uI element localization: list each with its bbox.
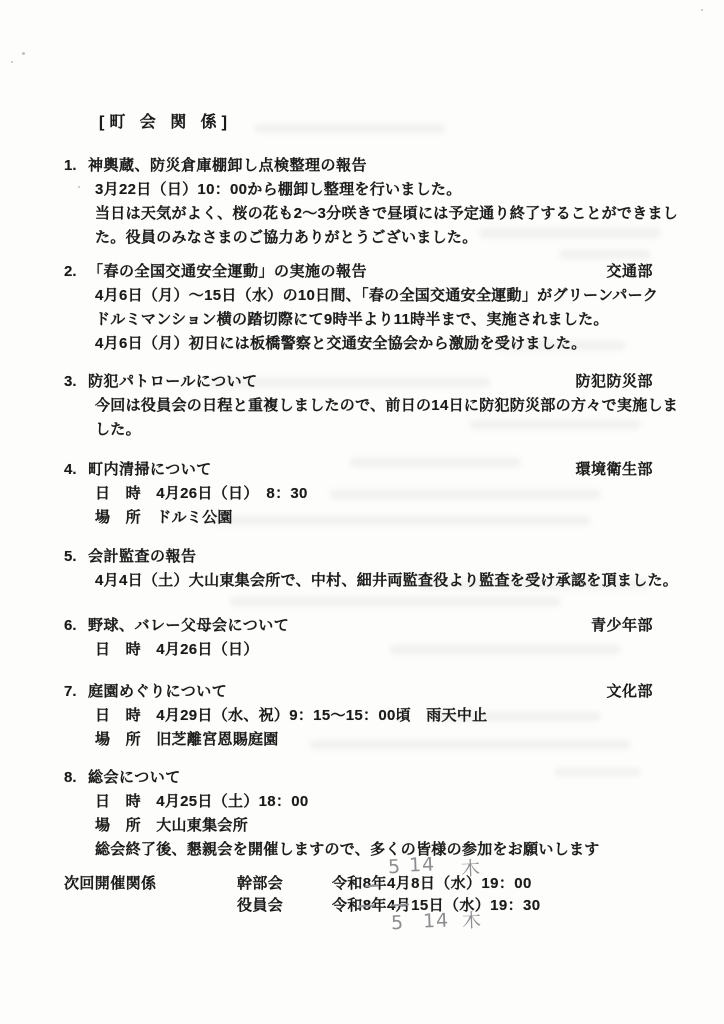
item-title: 総会について <box>88 766 653 790</box>
handwritten-note: 14 <box>423 910 450 933</box>
item-number: 7. <box>64 680 88 704</box>
item-number: 3. <box>64 370 88 394</box>
agenda-item-8: 8. 総会について 日 時 4月25日（土）18：00 場 所 大山東集会所 総… <box>64 766 665 862</box>
next-meeting-label-spacer <box>64 895 237 917</box>
scan-artifact <box>11 61 13 63</box>
scanned-meeting-notes-page: [町 会 関 係] 1. 神輿蔵、防災倉庫棚卸し点検整理の報告 3月22日（日）… <box>0 0 724 1024</box>
meeting-group: 役員会 <box>237 895 332 917</box>
item-title: 町内清掃について <box>88 458 575 482</box>
item-line: 場 所 大山東集会所 <box>95 814 665 838</box>
handwritten-note: 14 <box>409 854 436 877</box>
item-line: ドルミマンション横の踏切際にて9時半より11時半まで、実施されました。 <box>95 308 665 332</box>
agenda-item-4: 4. 町内清掃について 環境衛生部 日 時 4月26日（日） 8：30 場 所 … <box>64 458 665 530</box>
scan-artifact <box>230 597 560 606</box>
item-line: 日 時 4月29日（水、祝）9：15～15：00頃 雨天中止 <box>95 704 665 728</box>
item-title: 野球、バレー父母会について <box>88 614 591 638</box>
item-line: 総会終了後、懇親会を開催しますので、多くの皆様の参加をお願いします <box>95 838 665 862</box>
item-line: 4月4日（土）大山東集会所で、中村、細井両監査役より監査を受け承認を頂ました。 <box>95 569 665 593</box>
item-title: 防犯パトロールについて <box>88 370 575 394</box>
handwritten-note: 木 <box>461 854 482 882</box>
item-title: 「春の全国交通安全運動」の実施の報告 <box>88 260 606 284</box>
agenda-item-5: 5. 会計監査の報告 4月4日（土）大山東集会所で、中村、細井両監査役より監査を… <box>64 545 665 593</box>
item-number: 8. <box>64 766 88 790</box>
meeting-group: 幹部会 <box>237 873 332 895</box>
handwritten-note: 5 <box>388 856 402 878</box>
item-line: 日 時 4月26日（日） <box>95 638 665 662</box>
department-label: 防犯防災部 <box>575 370 653 394</box>
department-label: 交通部 <box>606 260 653 284</box>
item-line: 場 所 旧芝離宮恩賜庭園 <box>95 728 665 752</box>
item-number: 4. <box>64 458 88 482</box>
item-line: 場 所 ドルミ公園 <box>95 506 665 530</box>
agenda-item-7: 7. 庭園めぐりについて 文化部 日 時 4月29日（水、祝）9：15～15：0… <box>64 680 665 752</box>
department-label: 青少年部 <box>591 614 653 638</box>
item-title: 会計監査の報告 <box>88 545 653 569</box>
department-label: 文化部 <box>606 680 653 704</box>
scan-artifact <box>22 52 25 55</box>
handwritten-note: 5 <box>391 912 405 934</box>
meeting-datetime: 令和8年4月8日（水）19：00 <box>332 873 684 895</box>
next-meeting-label: 次回開催関係 <box>64 873 237 895</box>
department-label: 環境衛生部 <box>575 458 653 482</box>
item-line: 日 時 4月26日（日） 8：30 <box>95 482 665 506</box>
next-meetings-block: 次回開催関係 幹部会 令和8年4月8日（水）19：00 役員会 令和8年4月15… <box>64 873 684 917</box>
item-line: 4月6日（月）初日には板橋警察と交通安全協会から激励を受けました。 <box>95 332 665 356</box>
meeting-datetime: 令和8年4月15日（水）19：30 <box>332 895 684 917</box>
item-number: 2. <box>64 260 88 284</box>
scan-artifact <box>255 124 445 133</box>
item-title: 庭園めぐりについて <box>88 680 606 704</box>
item-line: 今回は役員会の日程と重複しましたので、前日の14日に防犯防災部の方々で実施しま <box>95 394 665 418</box>
agenda-item-6: 6. 野球、バレー父母会について 青少年部 日 時 4月26日（日） <box>64 614 665 662</box>
item-number: 1. <box>64 154 88 178</box>
item-line: た。役員のみなさまのご協力ありがとうございました。 <box>95 226 665 250</box>
scan-artifact <box>701 9 703 11</box>
item-number: 5. <box>64 545 88 569</box>
item-number: 6. <box>64 614 88 638</box>
handwritten-note: 木 <box>462 906 483 934</box>
agenda-item-2: 2. 「春の全国交通安全運動」の実施の報告 交通部 4月6日（月）～15日（水）… <box>64 260 665 356</box>
section-heading: [町 会 関 係] <box>99 109 232 132</box>
item-line: した。 <box>95 418 665 442</box>
item-line: 日 時 4月25日（土）18：00 <box>95 790 665 814</box>
item-line: 当日は天気がよく、桜の花も2～3分咲きで昼頃には予定通り終了することができまし <box>95 202 665 226</box>
scan-artifact <box>560 250 650 259</box>
agenda-item-3: 3. 防犯パトロールについて 防犯防災部 今回は役員会の日程と重複しましたので、… <box>64 370 665 442</box>
item-line: 4月6日（月）～15日（水）の10日間、「春の全国交通安全運動」がグリーンパーク <box>95 284 665 308</box>
agenda-item-1: 1. 神輿蔵、防災倉庫棚卸し点検整理の報告 3月22日（日）10：00から棚卸し… <box>64 154 665 250</box>
item-title: 神輿蔵、防災倉庫棚卸し点検整理の報告 <box>88 154 653 178</box>
item-line: 3月22日（日）10：00から棚卸し整理を行いました。 <box>95 178 665 202</box>
